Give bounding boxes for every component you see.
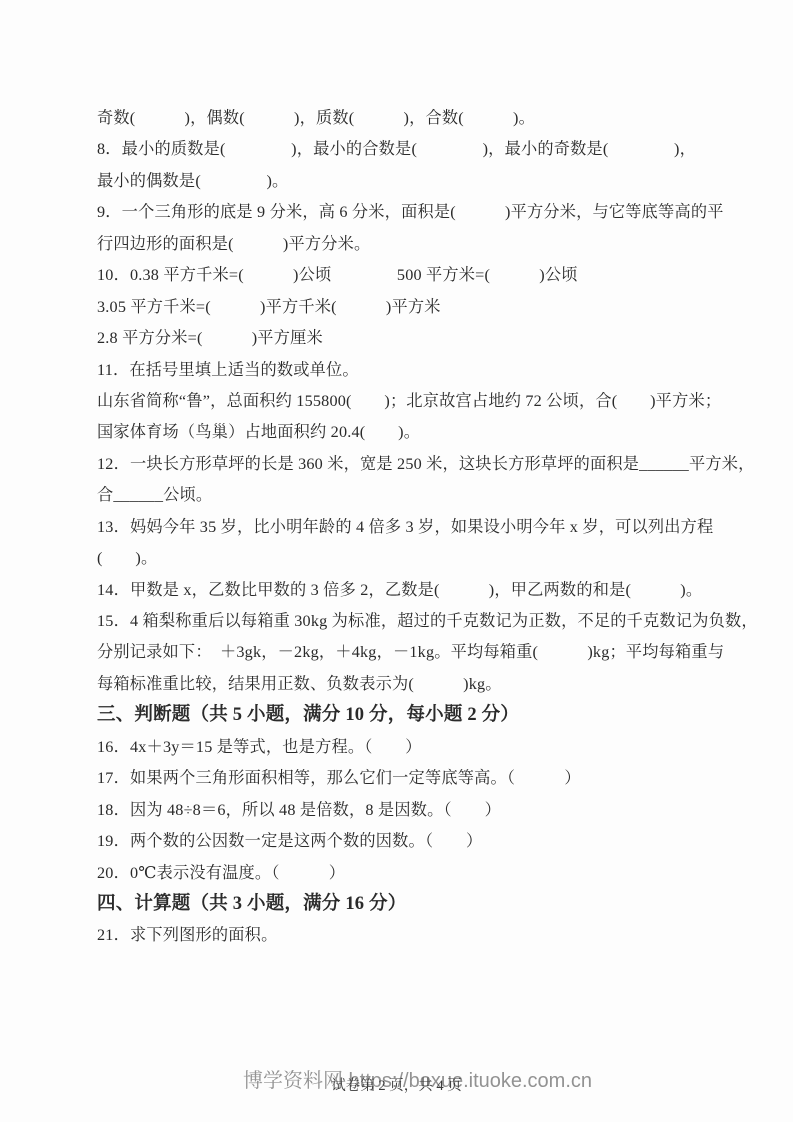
line-q18: 18．因为 48÷8＝6，所以 48 是倍数，8 是因数。（ ）	[97, 795, 713, 826]
line-q8-continuation: 最小的偶数是( )。	[97, 166, 713, 197]
line-q12: 12．一块长方形草坪的长是 360 米，宽是 250 米，这块长方形草坪的面积是…	[97, 449, 713, 480]
section-4-calculation-heading: 四、计算题（共 3 小题，满分 16 分）	[97, 889, 713, 920]
line-q7-tail: 奇数( )，偶数( )，质数( )，合数( )。	[97, 103, 713, 134]
line-q14: 14．甲数是 x，乙数比甲数的 3 倍多 2，乙数是( )，甲乙两数的和是( )…	[97, 575, 713, 606]
exam-paper-page: 奇数( )，偶数( )，质数( )，合数( )。 8．最小的质数是( )，最小的…	[0, 0, 793, 1122]
page-footer: 博学资料网 https://boxue.ituoke.com.cn 试卷第 2 …	[0, 1062, 793, 1096]
line-q15-continuation-1: 分别记录如下： ＋3gk，－2kg，＋4kg，－1kg。平均每箱重( )kg；平…	[97, 637, 713, 668]
page-number-text: 试卷第 2 页，共 4 页	[0, 1074, 793, 1095]
line-q15-continuation-2: 每箱标准重比较，结果用正数、负数表示为( )kg。	[97, 669, 713, 700]
line-q10-continuation-2: 2.8 平方分米=( )平方厘米	[97, 323, 713, 354]
line-q9-continuation: 行四边形的面积是( )平方分米。	[97, 229, 713, 260]
line-q9: 9．一个三角形的底是 9 分米，高 6 分米，面积是( )平方分米，与它等底等高…	[97, 197, 713, 228]
line-q16: 16．4x＋3y＝15 是等式，也是方程。（ ）	[97, 732, 713, 763]
line-q20: 20．0℃表示没有温度。（ ）	[97, 858, 713, 889]
line-q19: 19．两个数的公因数一定是这两个数的因数。（ ）	[97, 826, 713, 857]
line-q10: 10．0.38 平方千米=( )公顷 500 平方米=( )公顷	[97, 260, 713, 291]
line-q15: 15．4 箱梨称重后以每箱重 30kg 为标准，超过的千克数记为正数，不足的千克…	[97, 606, 713, 637]
line-q13: 13．妈妈今年 35 岁，比小明年龄的 4 倍多 3 岁，如果设小明今年 x 岁…	[97, 512, 713, 543]
line-q21: 21．求下列图形的面积。	[97, 920, 713, 951]
exam-content: 奇数( )，偶数( )，质数( )，合数( )。 8．最小的质数是( )，最小的…	[97, 103, 713, 952]
line-q8: 8．最小的质数是( )，最小的合数是( )，最小的奇数是( )，	[97, 134, 713, 165]
section-3-judgment-heading: 三、判断题（共 5 小题，满分 10 分，每小题 2 分）	[97, 700, 713, 731]
line-q11-continuation-2: 国家体育场（鸟巢）占地面积约 20.4( )。	[97, 417, 713, 448]
line-q11: 11．在括号里填上适当的数或单位。	[97, 355, 713, 386]
line-q11-continuation-1: 山东省简称“鲁”，总面积约 155800( )；北京故宫占地约 72 公顷，合(…	[97, 386, 713, 417]
line-q13-continuation: ( )。	[97, 543, 713, 574]
line-q17: 17．如果两个三角形面积相等，那么它们一定等底等高。（ ）	[97, 763, 713, 794]
line-q10-continuation-1: 3.05 平方千米=( )平方千米( )平方米	[97, 292, 713, 323]
line-q12-continuation: 合______公顷。	[97, 480, 713, 511]
